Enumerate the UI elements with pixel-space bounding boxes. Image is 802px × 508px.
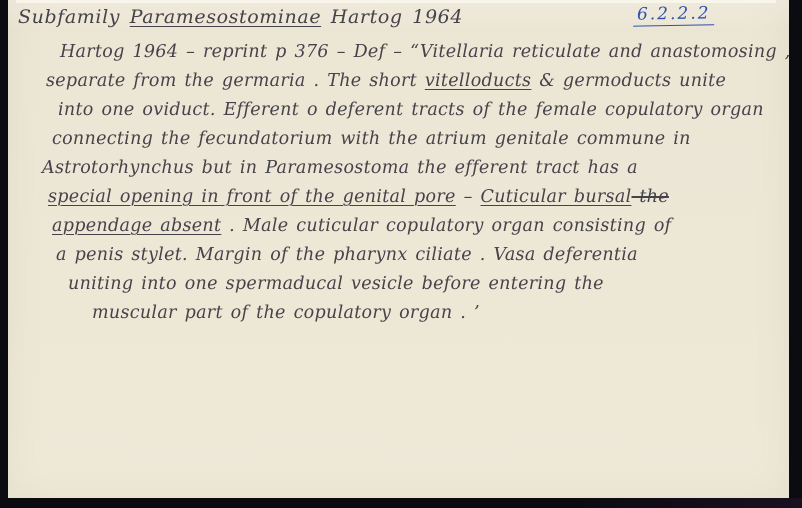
text-line: a penis stylet. Margin of the pharynx ci… [56, 241, 783, 270]
text-segment: special opening in front of the genital … [48, 187, 456, 207]
text-segment: Hartog 1964 – reprint p 376 – Def – “Vit… [60, 42, 791, 62]
text-segment: muscular part of the copulatory organ . … [92, 303, 480, 323]
text-segment: Hartog 1964 [321, 6, 463, 28]
scan-edge-right [789, 0, 802, 508]
text-segment: Cuticular bursal [481, 187, 632, 207]
scan-edge-left [0, 0, 8, 508]
text-segment: – [456, 187, 481, 207]
index-card: 6.2.2.2 Subfamily Paramesostominae Harto… [8, 0, 789, 498]
text-segment: Paramesostominae [130, 6, 321, 28]
text-segment: Astrotorhynchus but in Paramesostoma the… [42, 158, 638, 178]
text-segment: separate from the germaria . The short [46, 71, 425, 91]
text-segment: & germoducts unite [531, 71, 726, 91]
text-line: separate from the germaria . The short v… [46, 67, 783, 96]
heading-line: Subfamily Paramesostominae Hartog 1964 [18, 6, 769, 28]
scan-edge-bottom [0, 498, 802, 508]
text-segment: Subfamily [18, 6, 130, 28]
text-line: Astrotorhynchus but in Paramesostoma the… [42, 154, 783, 183]
text-line: into one oviduct. Efferent o deferent tr… [58, 96, 783, 125]
text-segment: the [631, 187, 668, 207]
text-segment: into one oviduct. Efferent o deferent tr… [58, 100, 764, 120]
text-line: special opening in front of the genital … [48, 183, 783, 212]
text-segment: appendage absent [52, 216, 221, 236]
text-line: uniting into one spermaducal vesicle bef… [68, 270, 783, 299]
scanned-card: 6.2.2.2 Subfamily Paramesostominae Harto… [0, 0, 802, 508]
text-segment: uniting into one spermaducal vesicle bef… [68, 274, 604, 294]
text-segment: connecting the fecundatorium with the at… [52, 129, 691, 149]
text-segment: . Male cuticular copulatory organ consis… [221, 216, 671, 236]
text-line: connecting the fecundatorium with the at… [52, 125, 783, 154]
card-top-edge [16, 0, 776, 3]
text-line: Hartog 1964 – reprint p 376 – Def – “Vit… [60, 38, 783, 67]
body-text: Hartog 1964 – reprint p 376 – Def – “Vit… [8, 38, 783, 328]
text-segment: vitelloducts [425, 71, 532, 91]
text-line: appendage absent . Male cuticular copula… [52, 212, 783, 241]
text-line: muscular part of the copulatory organ . … [92, 299, 783, 328]
text-segment: a penis stylet. Margin of the pharynx ci… [56, 245, 638, 265]
